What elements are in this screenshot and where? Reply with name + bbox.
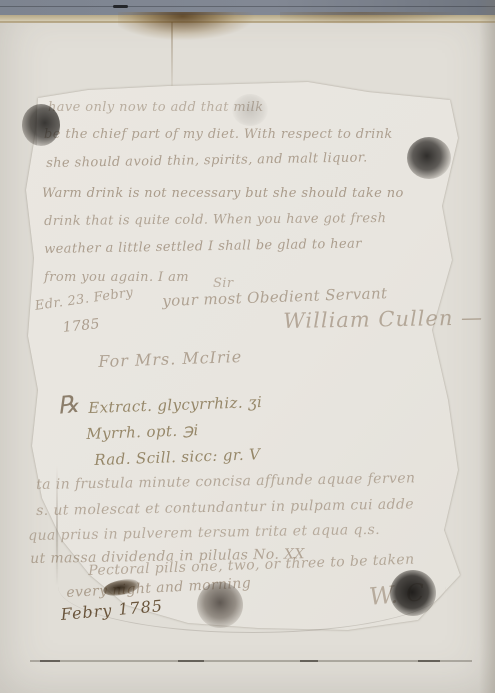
ink-blot-bottom-center xyxy=(197,582,243,628)
page-bottom-edge-dash xyxy=(418,660,440,662)
ink-blot-right xyxy=(407,137,451,179)
page-bottom-edge-dash xyxy=(178,660,204,662)
rx-symbol: ℞ xyxy=(56,390,81,420)
letter-line: drink that is quite cold. When you have … xyxy=(44,211,386,229)
letter-line: from you again. I am xyxy=(44,270,189,285)
ink-blot-top-left xyxy=(22,104,60,146)
page-bottom-edge-dash xyxy=(40,660,60,662)
page-bottom-edge-line xyxy=(30,660,472,662)
faint-smudge-top-center xyxy=(232,94,268,126)
page-right-shading xyxy=(479,0,495,693)
backdrop-speck xyxy=(113,5,128,8)
ink-blot-bottom-right xyxy=(390,570,436,616)
letter-line: Warm drink is not necessary but she shou… xyxy=(42,186,404,201)
backdrop-hairline xyxy=(0,6,495,7)
scorch-stain-right xyxy=(280,12,480,28)
scorch-stain xyxy=(118,12,288,64)
letter-line: be the chief part of my diet. With respe… xyxy=(44,127,393,142)
letter-photograph: have only now to add that milk be the ch… xyxy=(0,0,495,693)
page-bottom-edge-dash xyxy=(300,660,318,662)
signature-william-cullen: William Cullen — xyxy=(283,306,483,333)
